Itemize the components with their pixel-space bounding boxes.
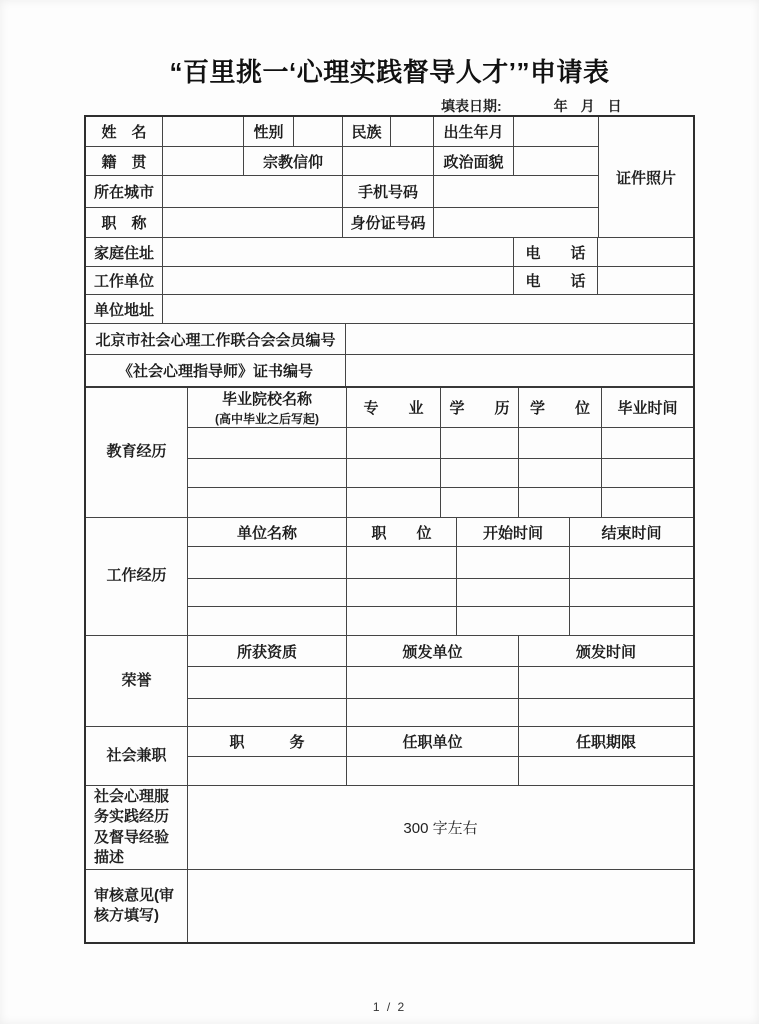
birth-label: 出生年月	[434, 117, 514, 146]
table-row: 工作单位 电 话	[86, 267, 693, 295]
table-row	[188, 757, 693, 786]
unit-address-field	[163, 295, 693, 323]
social-org-cell	[347, 757, 519, 786]
member-no-field	[346, 324, 693, 354]
social-org-header: 任职单位	[347, 727, 519, 756]
gender-field	[294, 117, 343, 146]
cert-no-label: 《社会心理指导师》证书编号	[86, 355, 346, 386]
table-row	[188, 699, 693, 727]
social-duty-cell	[188, 757, 347, 786]
edu-school-cell	[188, 428, 347, 458]
date-day-label: 日	[608, 98, 622, 114]
edu-degree-cell	[519, 459, 602, 487]
edu-school-cell	[188, 488, 347, 518]
prof-title-label: 职 称	[86, 208, 163, 237]
edu-time-header: 毕业时间	[602, 388, 693, 427]
honors-time-cell	[519, 699, 693, 727]
birth-field	[514, 117, 598, 146]
edu-degree-cell	[519, 428, 602, 458]
work-unit-label: 工作单位	[86, 267, 163, 294]
edu-level-cell	[441, 488, 519, 518]
experience-section-label: 社会心理服务实践经历及督导经验描述	[86, 786, 188, 869]
unit-address-label: 单位地址	[86, 295, 163, 323]
edu-level-cell	[441, 459, 519, 487]
work-phone-label: 电 话	[514, 267, 598, 294]
photo-label: 证件照片	[616, 167, 676, 188]
edu-degree-header: 学 位	[519, 388, 602, 427]
table-row: 单位地址	[86, 295, 693, 324]
mobile-field	[434, 176, 598, 207]
date-year-label: 年	[554, 98, 568, 114]
date-line: 填表日期:年月日	[441, 96, 622, 116]
review-field	[188, 870, 693, 942]
table-row: 所在城市 手机号码	[86, 176, 598, 208]
table-row: 姓 名 性别 民族 出生年月	[86, 117, 598, 147]
experience-placeholder: 300 字左右	[403, 817, 477, 838]
review-section-label: 审核意见(审核方填写)	[86, 870, 188, 942]
edu-school-header: 毕业院校名称 (高中毕业之后写起)	[188, 388, 347, 427]
table-row	[188, 459, 693, 488]
edu-time-cell	[602, 488, 693, 518]
native-place-label: 籍 贯	[86, 147, 163, 175]
political-label: 政治面貌	[434, 147, 514, 175]
edu-degree-cell	[519, 488, 602, 518]
ethnicity-field	[391, 117, 434, 146]
religion-field	[343, 147, 434, 175]
prof-title-field	[163, 208, 343, 237]
work-position-cell	[347, 579, 457, 606]
edu-major-header: 专 业	[347, 388, 441, 427]
social-section-label: 社会兼职	[86, 727, 188, 785]
education-section-label: 教育经历	[86, 388, 188, 517]
edu-major-cell	[347, 428, 441, 458]
form-title: “百里挑一‘心理实践督导人才’”申请表	[84, 52, 695, 89]
table-row	[188, 607, 693, 636]
work-start-cell	[457, 607, 570, 636]
work-end-cell	[570, 547, 693, 578]
edu-level-cell	[441, 428, 519, 458]
mobile-label: 手机号码	[343, 176, 434, 207]
work-unit-cell	[188, 547, 347, 578]
table-row	[188, 667, 693, 699]
table-row: 北京市社会心理工作联合会会员编号	[86, 324, 693, 355]
social-roles-section: 社会兼职 职 务 任职单位 任职期限	[86, 727, 693, 786]
home-phone-field	[598, 238, 693, 266]
honors-qual-cell	[188, 699, 347, 727]
cert-no-field	[346, 355, 693, 386]
name-field	[163, 117, 244, 146]
work-section: 工作经历 单位名称 职 位 开始时间 结束时间	[86, 518, 693, 636]
work-unit-cell	[188, 607, 347, 636]
application-form-table: 姓 名 性别 民族 出生年月 籍 贯 宗教信仰 政治面貌	[84, 115, 695, 944]
work-unit-header: 单位名称	[188, 518, 347, 546]
table-row: 家庭住址 电 话	[86, 238, 693, 267]
home-address-label: 家庭住址	[86, 238, 163, 266]
edu-time-cell	[602, 459, 693, 487]
table-row	[188, 488, 693, 518]
native-place-field	[163, 147, 244, 175]
education-section: 教育经历 毕业院校名称 (高中毕业之后写起) 专 业 学 历 学 位 毕业时间	[86, 388, 693, 518]
table-row: 职 称 身份证号码	[86, 208, 598, 237]
basic-info-block: 姓 名 性别 民族 出生年月 籍 贯 宗教信仰 政治面貌	[86, 117, 693, 238]
social-header-row: 职 务 任职单位 任职期限	[188, 727, 693, 757]
edu-major-cell	[347, 488, 441, 518]
work-end-header: 结束时间	[570, 518, 693, 546]
city-label: 所在城市	[86, 176, 163, 207]
experience-field: 300 字左右	[188, 786, 693, 869]
honors-section: 荣誉 所获资质 颁发单位 颁发时间	[86, 636, 693, 727]
gender-label: 性别	[244, 117, 294, 146]
work-header-row: 单位名称 职 位 开始时间 结束时间	[188, 518, 693, 547]
work-start-cell	[457, 579, 570, 606]
work-phone-field	[598, 267, 693, 294]
table-row	[188, 547, 693, 579]
work-start-cell	[457, 547, 570, 578]
review-section: 审核意见(审核方填写)	[86, 870, 693, 942]
home-address-field	[163, 238, 514, 266]
edu-school-header-main: 毕业院校名称	[222, 388, 312, 409]
honors-time-cell	[519, 667, 693, 698]
date-label: 填表日期:	[441, 98, 502, 114]
photo-cell: 证件照片	[598, 117, 693, 237]
id-number-label: 身份证号码	[343, 208, 434, 237]
page-number: 1 / 2	[84, 1000, 695, 1014]
city-field	[163, 176, 343, 207]
honors-issuer-cell	[347, 699, 519, 727]
social-duty-header: 职 务	[188, 727, 347, 756]
honors-header-row: 所获资质 颁发单位 颁发时间	[188, 636, 693, 667]
id-number-field	[434, 208, 598, 237]
table-row: 《社会心理指导师》证书编号	[86, 355, 693, 388]
work-section-label: 工作经历	[86, 518, 188, 635]
edu-major-cell	[347, 459, 441, 487]
scanned-form-page: “百里挑一‘心理实践督导人才’”申请表 填表日期:年月日 姓 名 性别 民族 出…	[0, 0, 759, 1024]
table-row	[188, 579, 693, 607]
experience-section: 社会心理服务实践经历及督导经验描述 300 字左右	[86, 786, 693, 870]
table-row: 籍 贯 宗教信仰 政治面貌	[86, 147, 598, 176]
social-term-cell	[519, 757, 693, 786]
honors-time-header: 颁发时间	[519, 636, 693, 666]
honors-section-label: 荣誉	[86, 636, 188, 726]
edu-level-header: 学 历	[441, 388, 519, 427]
work-end-cell	[570, 579, 693, 606]
social-term-header: 任职期限	[519, 727, 693, 756]
work-start-header: 开始时间	[457, 518, 570, 546]
political-field	[514, 147, 598, 175]
edu-school-header-note: (高中毕业之后写起)	[215, 410, 319, 427]
home-phone-label: 电 话	[514, 238, 598, 266]
name-label: 姓 名	[86, 117, 163, 146]
work-position-header: 职 位	[347, 518, 457, 546]
date-month-label: 月	[581, 98, 595, 114]
edu-time-cell	[602, 428, 693, 458]
honors-qual-cell	[188, 667, 347, 698]
work-unit-cell	[188, 579, 347, 606]
member-no-label: 北京市社会心理工作联合会会员编号	[86, 324, 346, 354]
ethnicity-label: 民族	[343, 117, 391, 146]
work-unit-field	[163, 267, 514, 294]
honors-issuer-header: 颁发单位	[347, 636, 519, 666]
honors-issuer-cell	[347, 667, 519, 698]
work-position-cell	[347, 607, 457, 636]
work-position-cell	[347, 547, 457, 578]
edu-school-cell	[188, 459, 347, 487]
education-header-row: 毕业院校名称 (高中毕业之后写起) 专 业 学 历 学 位 毕业时间	[188, 388, 693, 428]
honors-qual-header: 所获资质	[188, 636, 347, 666]
religion-label: 宗教信仰	[244, 147, 343, 175]
work-end-cell	[570, 607, 693, 636]
table-row	[188, 428, 693, 459]
